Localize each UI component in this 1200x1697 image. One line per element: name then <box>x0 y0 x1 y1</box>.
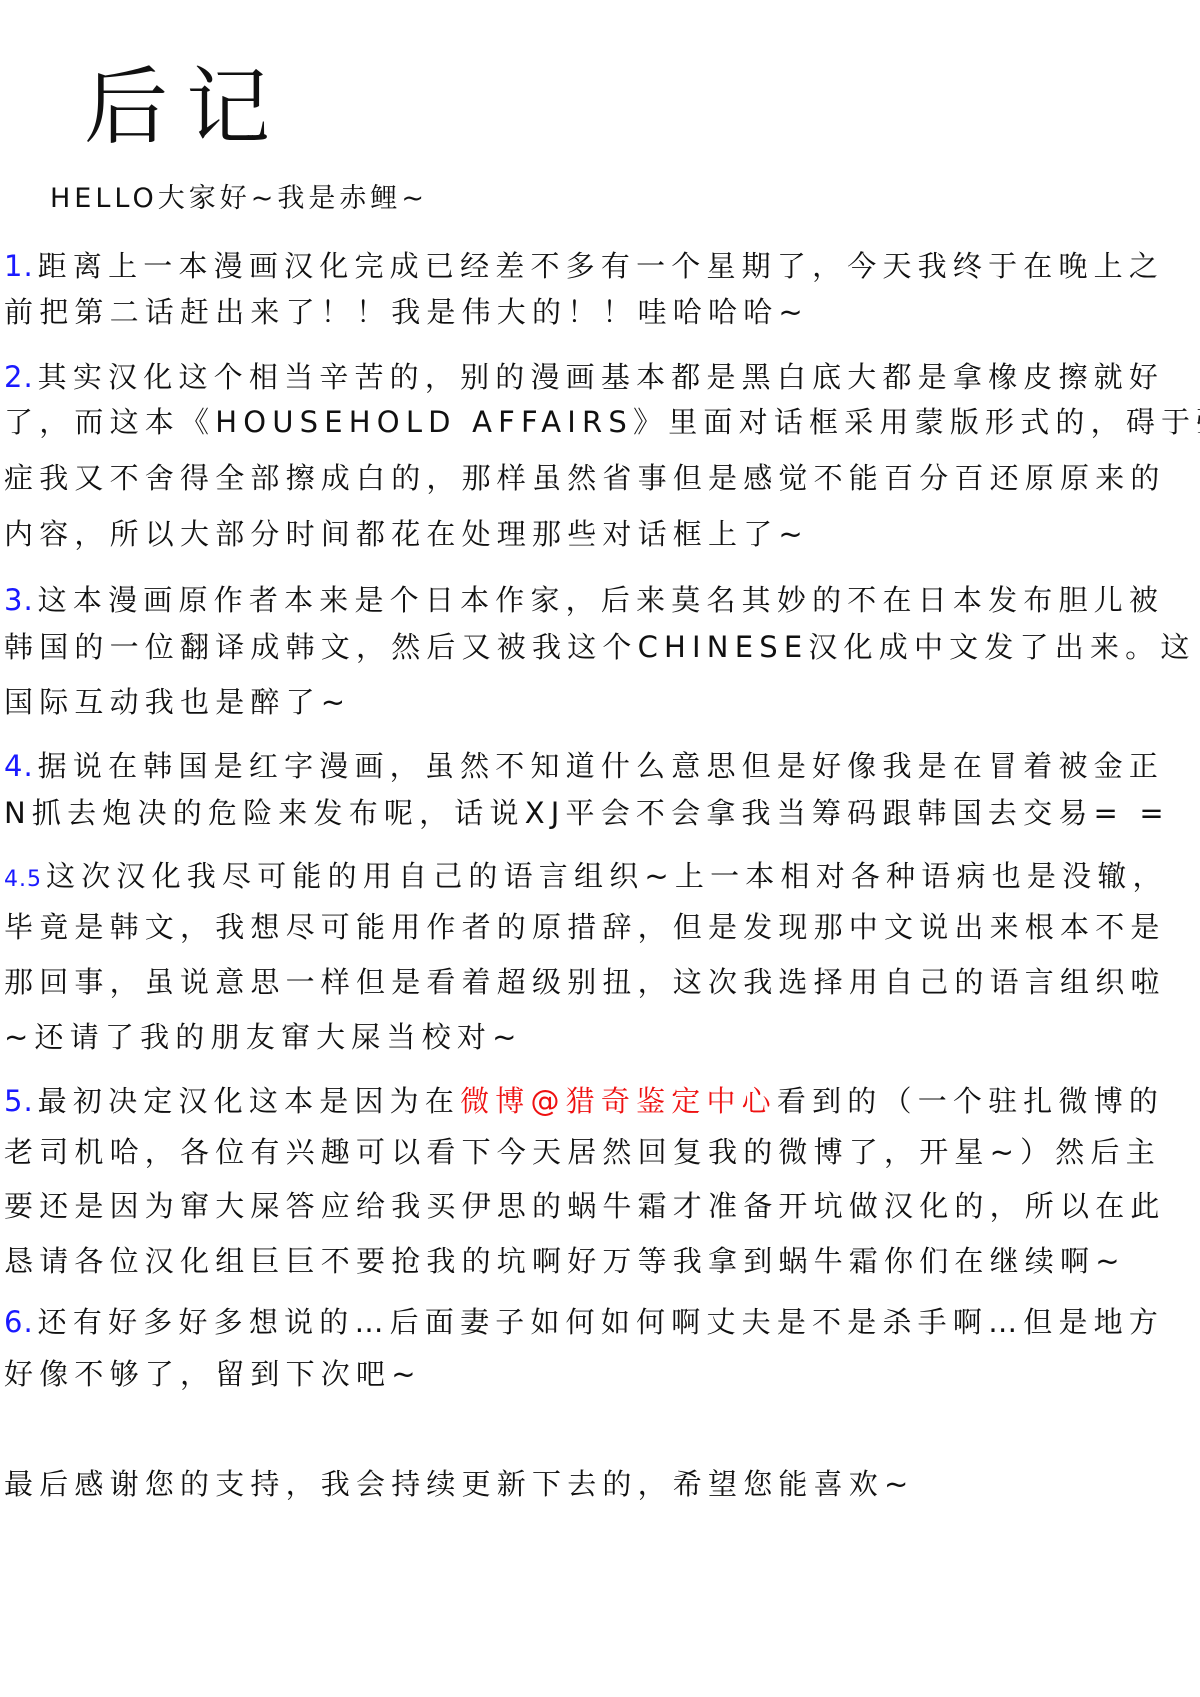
paragraph-5-line-2: 老司机哈，各位有兴趣可以看下今天居然回复我的微博了，开星~）然后主 <box>4 1130 1161 1171</box>
paragraph-5-line-1: 5.最初决定汉化这本是因为在微博@猎奇鉴定中心看到的（一个驻扎微博的 <box>4 1079 1164 1120</box>
paragraph-4-5-line-1: 4.5这次汉化我尽可能的用自己的语言组织~上一本相对各种语病也是没辙， <box>4 854 1168 895</box>
paragraph-6-line-1: 6.还有好多好多想说的…后面妻子如何如何啊丈夫是不是杀手啊…但是地方 <box>4 1300 1164 1341</box>
paragraph-5-line-4: 恳请各位汉化组巨巨不要抢我的坑啊好万等我拿到蜗牛霜你们在继续啊~ <box>4 1239 1126 1280</box>
paragraph-number: 4.5 <box>4 867 42 892</box>
paragraph-4-5-line-2: 毕竟是韩文，我想尽可能用作者的原措辞，但是发现那中文说出来根本不是 <box>4 905 1166 946</box>
paragraph-1-line-2: 前把第二话赶出来了！！我是伟大的！！哇哈哈哈~ <box>4 290 809 331</box>
paragraph-number: 3. <box>4 583 34 617</box>
paragraph-4-5-line-3: 那回事，虽说意思一样但是看着超级别扭，这次我选择用自己的语言组织啦 <box>4 960 1166 1001</box>
paragraph-2-line-4: 内容，所以大部分时间都花在处理那些对话框上了~ <box>4 512 809 553</box>
paragraph-3-line-3: 国际互动我也是醉了~ <box>4 680 351 721</box>
paragraph-6-line-2: 好像不够了，留到下次吧~ <box>4 1352 422 1393</box>
paragraph-number: 2. <box>4 360 34 394</box>
paragraph-5-line-3: 要还是因为窜大屎答应给我买伊思的蜗牛霜才准备开坑做汉化的，所以在此 <box>4 1184 1166 1225</box>
paragraph-number: 5. <box>4 1084 34 1118</box>
paragraph-3-line-1: 3.这本漫画原作者本来是个日本作家，后来莫名其妙的不在日本发布胆儿被 <box>4 578 1164 619</box>
paragraph-1-line-1: 1.距离上一本漫画汉化完成已经差不多有一个星期了，今天我终于在晚上之 <box>4 244 1164 285</box>
paragraph-4-5-line-4: ~还请了我的朋友窜大屎当校对~ <box>4 1015 523 1056</box>
paragraph-number: 6. <box>4 1305 34 1339</box>
paragraph-number: 4. <box>4 749 34 783</box>
paragraph-4-line-1: 4.据说在韩国是红字漫画，虽然不知道什么意思但是好像我是在冒着被金正 <box>4 744 1164 785</box>
paragraph-number: 1. <box>4 249 34 283</box>
page-title: 后记 <box>84 40 288 161</box>
paragraph-3-line-2: 韩国的一位翻译成韩文，然后又被我这个CHINESE汉化成中文发了出来。这 <box>4 625 1196 666</box>
paragraph-2-line-3: 症我又不舍得全部擦成白的，那样虽然省事但是感觉不能百分百还原原来的 <box>4 456 1166 497</box>
paragraph-4-line-2: N抓去炮决的危险来发布呢，话说XJ平会不会拿我当筹码跟韩国去交易= = <box>4 791 1170 832</box>
weibo-mention-highlight: 微博@猎奇鉴定中心 <box>460 1084 777 1118</box>
paragraph-2-line-2: 了，而这本《HOUSEHOLD AFFAIRS》里面对话框采用蒙版形式的，碍于强… <box>4 400 1200 441</box>
paragraph-2-line-1: 2.其实汉化这个相当辛苦的，别的漫画基本都是黑白底大都是拿橡皮擦就好 <box>4 355 1164 396</box>
greeting: HELLO大家好~我是赤鲤~ <box>50 176 428 215</box>
closing-line: 最后感谢您的支持，我会持续更新下去的，希望您能喜欢~ <box>4 1462 915 1503</box>
